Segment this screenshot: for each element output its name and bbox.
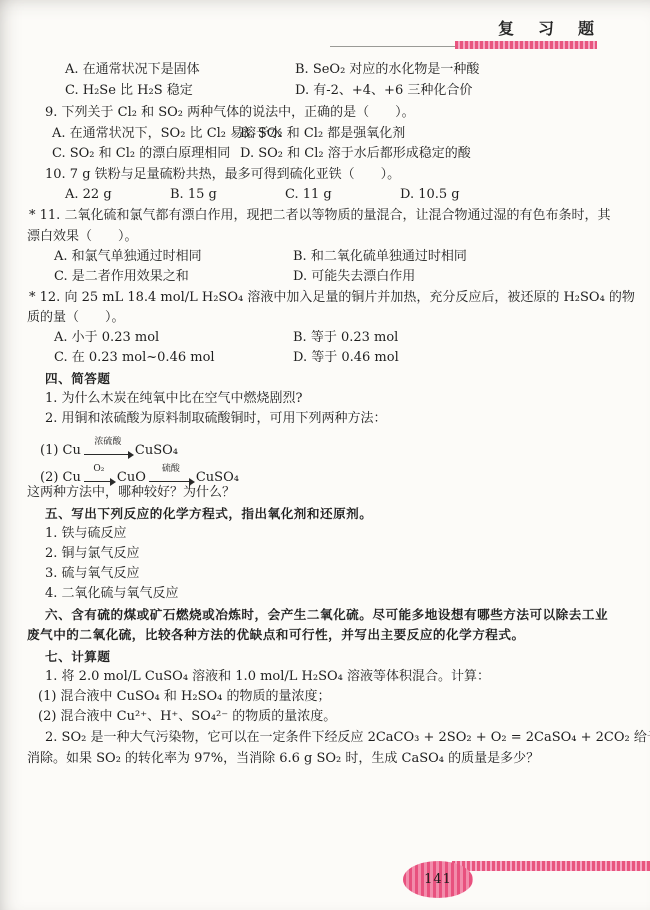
- page-number: 141: [424, 872, 452, 887]
- section5-item3: 3. 硫与氧气反应: [45, 564, 140, 583]
- section7-heading: 七、计算题: [45, 647, 110, 666]
- reaction2-arrow1-label: O₂: [93, 464, 104, 474]
- q12-stem-line2: 质的量（ ）。: [27, 308, 125, 327]
- reaction1-arrow-label: 浓硫酸: [94, 437, 121, 447]
- q9-option-d: D. SO₂ 和 Cl₂ 溶于水后都形成稳定的酸: [240, 144, 471, 163]
- q9-options-cd: C. SO₂ 和 Cl₂ 的漂白原理相同 D. SO₂ 和 Cl₂ 溶于水后都形…: [52, 144, 471, 163]
- section7-calc1: 1. 将 2.0 mol/L CuSO₄ 溶液和 1.0 mol/L H₂SO₄…: [45, 667, 490, 686]
- q8-option-c: C. H₂Se 比 H₂S 稳定: [65, 81, 295, 100]
- section4-item2: 2. 用铜和浓硫酸为原料制取硫酸铜时，可用下列两种方法：: [45, 409, 387, 428]
- q12-stem-line1: * 12. 向 25 mL 18.4 mol/L H₂SO₄ 溶液中加入足量的铜…: [29, 288, 635, 307]
- section7-calc1-sub2: (2) 混合液中 Cu²⁺、H⁺、SO₄²⁻ 的物质的量浓度。: [38, 707, 336, 726]
- q12-option-d: D. 等于 0.46 mol: [293, 348, 399, 367]
- q12-options-ab: A. 小于 0.23 mol B. 等于 0.23 mol: [54, 328, 398, 347]
- q11-option-a: A. 和氯气单独通过时相同: [54, 247, 293, 266]
- q12-option-a: A. 小于 0.23 mol: [54, 328, 293, 347]
- q8-option-d: D. 有-2、+4、+6 三种化合价: [295, 81, 472, 100]
- page-number-badge: 141: [403, 861, 473, 898]
- reaction-equation-1: (1) Cu 浓硫酸 CuSO₄: [40, 428, 178, 458]
- q11-stem-line2: 漂白效果（ ）。: [27, 227, 138, 246]
- q10-answers: A. 22 g B. 15 g C. 11 g D. 10.5 g: [65, 185, 460, 204]
- reaction2-arrow1-icon: O₂: [84, 464, 114, 485]
- q10-option-c: C. 11 g: [285, 185, 400, 204]
- section4-question: 这两种方法中，哪种较好？为什么？: [27, 483, 235, 502]
- q9-option-c: C. SO₂ 和 Cl₂ 的漂白原理相同: [52, 144, 240, 163]
- q9-stem: 9. 下列关于 Cl₂ 和 SO₂ 两种气体的说法中，正确的是（ ）。: [45, 103, 415, 122]
- section7-calc2-line2: 消除。如果 SO₂ 的转化率为 97%，当消除 6.6 g SO₂ 时，生成 C…: [27, 749, 539, 768]
- reaction2-arrow2-icon: 硫酸: [149, 464, 193, 485]
- q8-options-ab: A. 在通常状况下是固体 B. SeO₂ 对应的水化物是一种酸: [65, 60, 479, 79]
- section5-item1: 1. 铁与硫反应: [45, 524, 127, 543]
- textbook-page: 复 习 题 A. 在通常状况下是固体 B. SeO₂ 对应的水化物是一种酸 C.…: [0, 0, 650, 910]
- section5-item2: 2. 铜与氯气反应: [45, 544, 140, 563]
- reaction2-arrow2-label: 硫酸: [162, 464, 180, 474]
- header-rule: [330, 46, 460, 47]
- reaction-equation-2: (2) Cu O₂ CuO 硫酸 CuSO₄: [40, 455, 239, 485]
- q10-option-b: B. 15 g: [170, 185, 285, 204]
- q8-option-b: B. SeO₂ 对应的水化物是一种酸: [295, 60, 479, 79]
- q12-options-cd: C. 在 0.23 mol~0.46 mol D. 等于 0.46 mol: [54, 348, 399, 367]
- arrow-shaft-icon: [149, 474, 193, 482]
- q11-option-c: C. 是二者作用效果之和: [54, 267, 293, 286]
- q9-option-b: B. SO₂ 和 Cl₂ 都是强氧化剂: [240, 124, 405, 143]
- q11-option-b: B. 和二氧化硫单独通过时相同: [293, 247, 467, 266]
- section5-item4: 4. 二氧化硫与氧气反应: [45, 584, 179, 603]
- q10-option-a: A. 22 g: [65, 185, 170, 204]
- section4-heading: 四、简答题: [45, 369, 110, 388]
- arrow-shaft-icon: [84, 474, 114, 482]
- footer-accent-bar: [452, 861, 650, 871]
- q11-options-ab: A. 和氯气单独通过时相同 B. 和二氧化硫单独通过时相同: [54, 247, 467, 266]
- q10-option-d: D. 10.5 g: [400, 185, 460, 204]
- q12-option-b: B. 等于 0.23 mol: [293, 328, 398, 347]
- arrow-shaft-icon: [84, 447, 132, 455]
- q10-stem: 10. 7 g 铁粉与足量硫粉共热，最多可得到硫化亚铁（ ）。: [45, 165, 400, 184]
- section4-item1: 1. 为什么木炭在纯氧中比在空气中燃烧剧烈?: [45, 389, 303, 408]
- q11-option-d: D. 可能失去漂白作用: [293, 267, 415, 286]
- q8-option-a: A. 在通常状况下是固体: [65, 60, 295, 79]
- section6-line2: 废气中的二氧化硫，比较各种方法的优缺点和可行性，并写出主要反应的化学方程式。: [27, 625, 525, 644]
- header-accent-bar: [455, 41, 597, 49]
- q11-options-cd: C. 是二者作用效果之和 D. 可能失去漂白作用: [54, 267, 415, 286]
- section5-heading: 五、写出下列反应的化学方程式，指出氧化剂和还原剂。: [45, 504, 372, 523]
- q8-options-cd: C. H₂Se 比 H₂S 稳定 D. 有-2、+4、+6 三种化合价: [65, 81, 472, 100]
- section6-line1: 六、含有硫的煤或矿石燃烧或冶炼时，会产生二氧化硫。尽可能多地设想有哪些方法可以除…: [45, 605, 608, 624]
- section7-calc2-line1: 2. SO₂ 是一种大气污染物，它可以在一定条件下经反应 2CaCO₃ + 2S…: [45, 728, 650, 747]
- q12-option-c: C. 在 0.23 mol~0.46 mol: [54, 348, 293, 367]
- q11-stem-line1: * 11. 二氧化硫和氯气都有漂白作用，现把二者以等物质的量混合，让混合物通过湿…: [29, 206, 610, 225]
- q9-options-ab: A. 在通常状况下，SO₂ 比 Cl₂ 易溶于水 B. SO₂ 和 Cl₂ 都是…: [52, 124, 405, 143]
- q9-option-a: A. 在通常状况下，SO₂ 比 Cl₂ 易溶于水: [52, 124, 240, 143]
- section7-calc1-sub1: (1) 混合液中 CuSO₄ 和 H₂SO₄ 的物质的量浓度；: [38, 687, 331, 706]
- page-title: 复 习 题: [498, 16, 598, 39]
